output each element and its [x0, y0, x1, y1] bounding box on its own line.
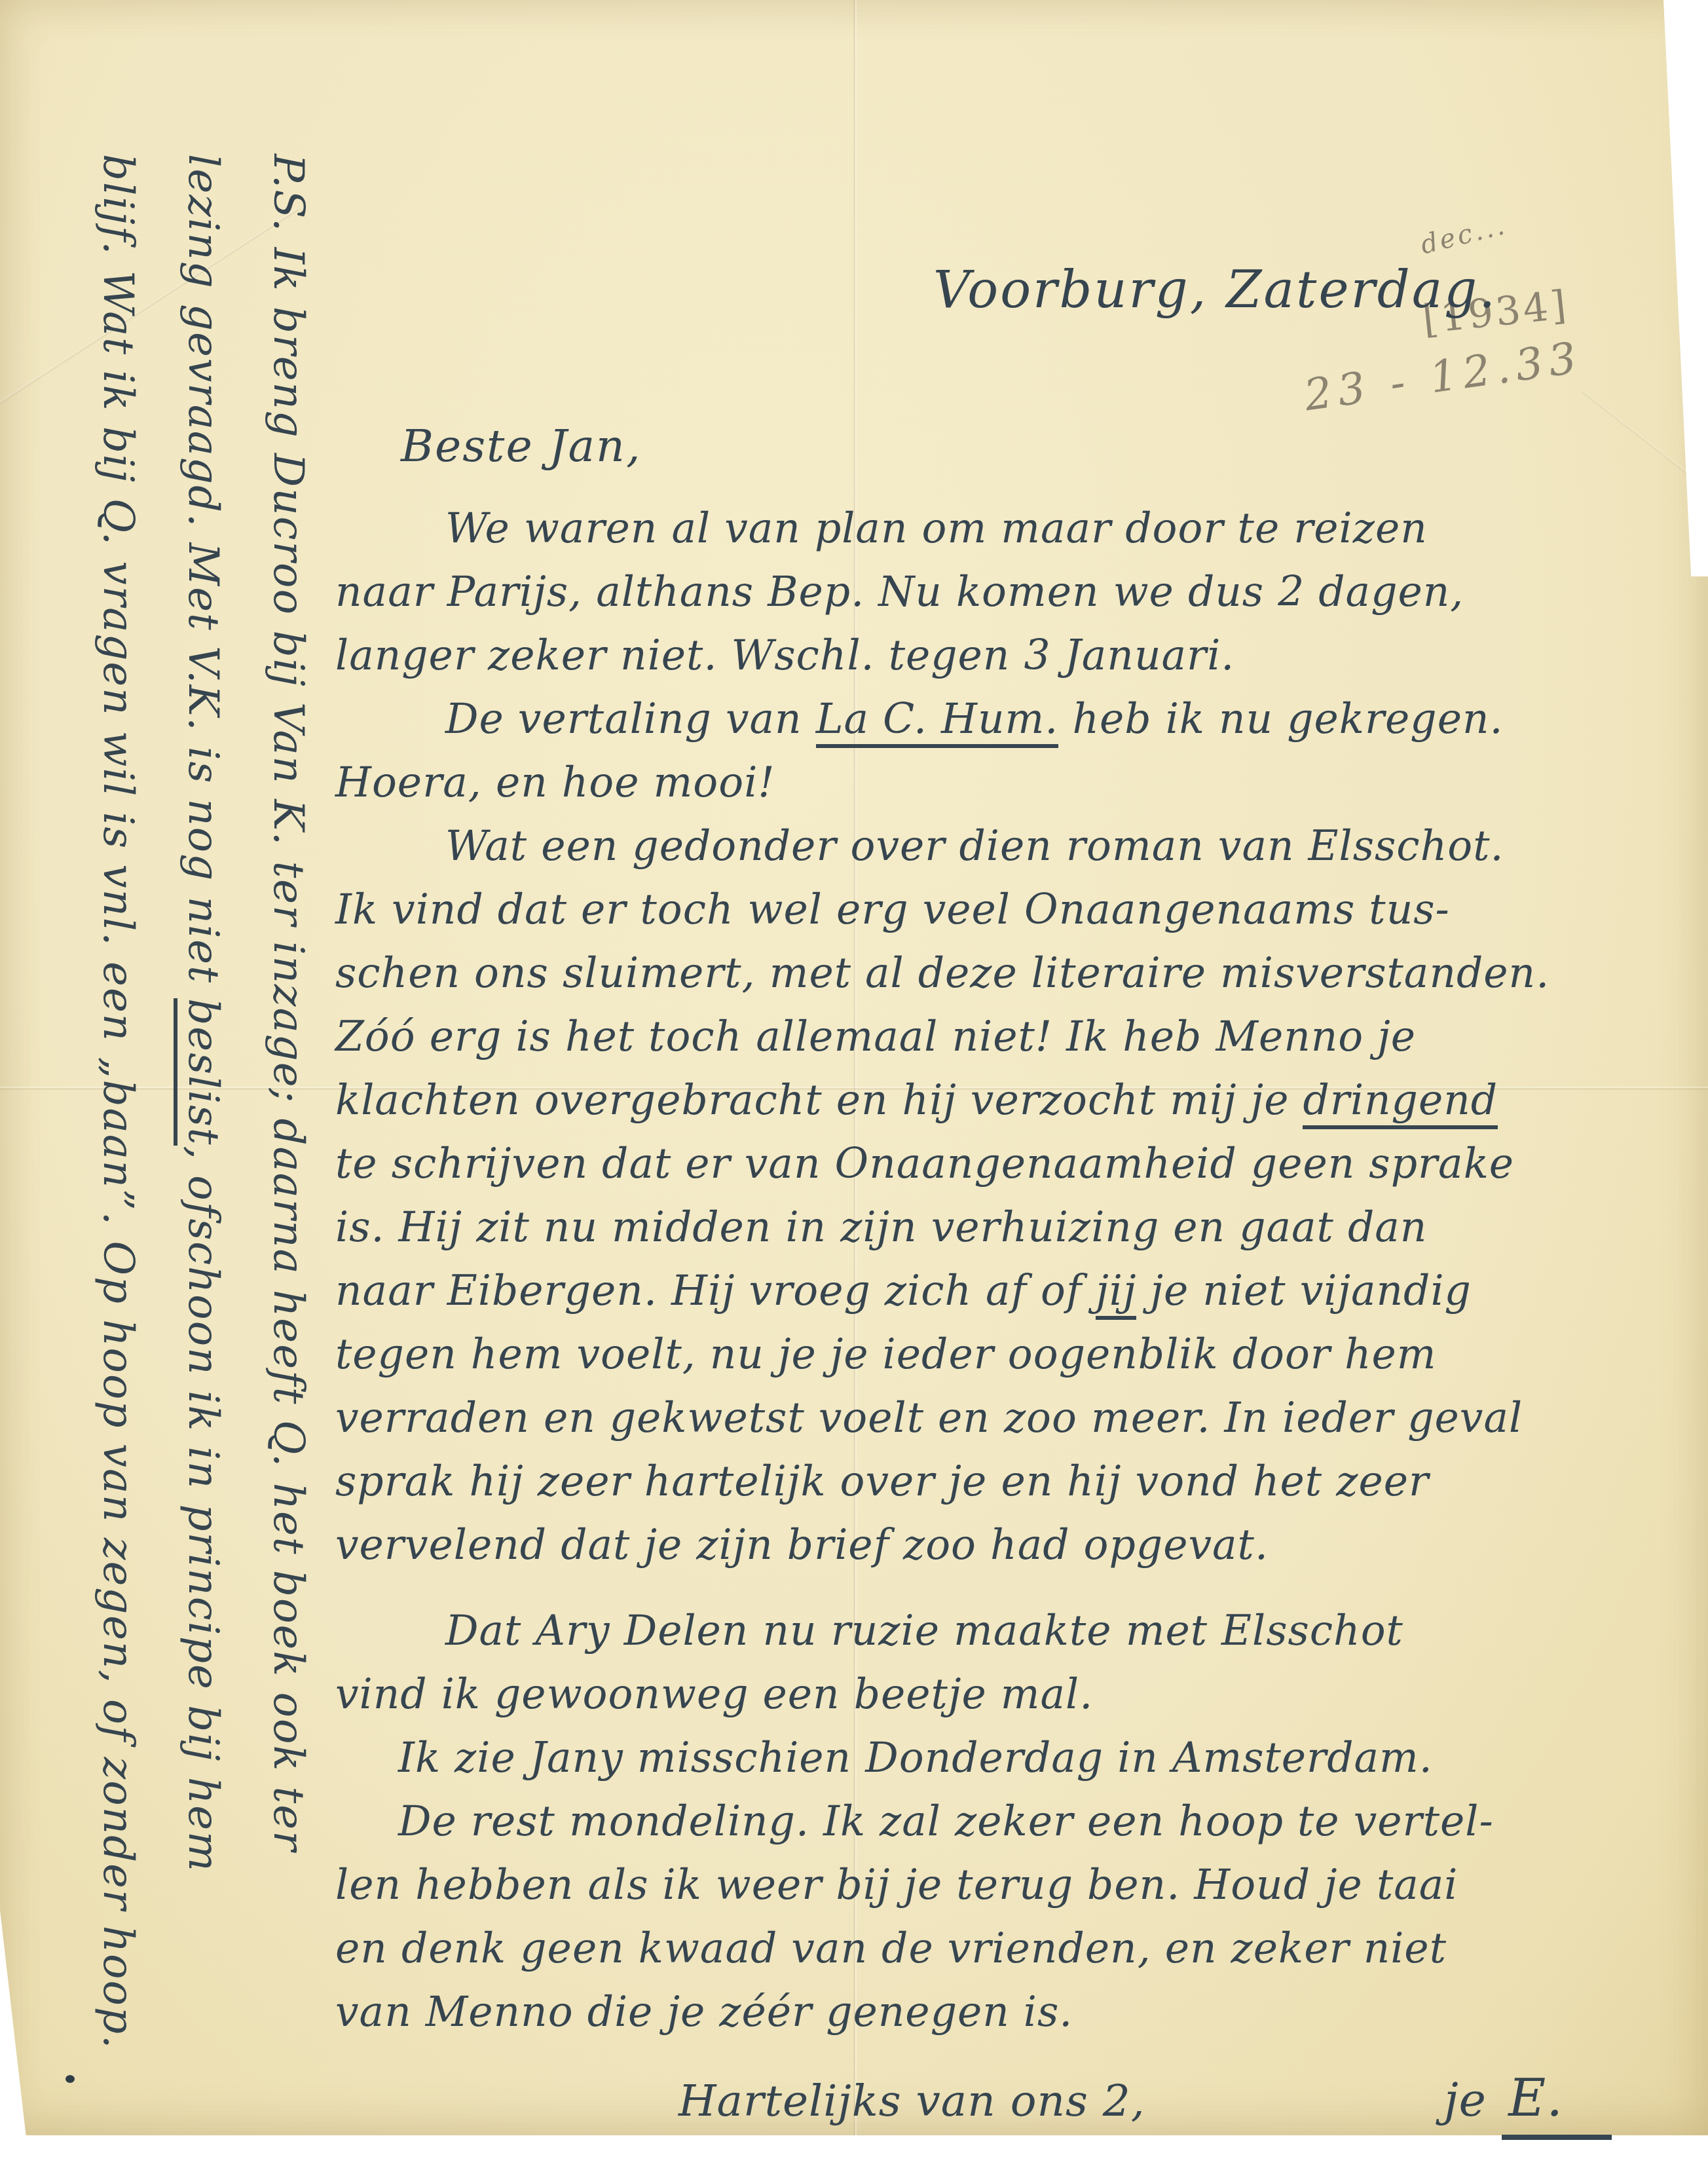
letter-line: verraden en gekwetst voelt en zoo meer. … [335, 1386, 1635, 1450]
letter-line: en denk geen kwaad van de vrienden, en z… [335, 1917, 1635, 1980]
letter-line: vind ik gewoonweg een beetje mal. [335, 1662, 1635, 1726]
pencil-month-annotation: dec... [1417, 210, 1510, 260]
line-text: is. Hij zit nu midden in zijn verhuizing… [335, 1203, 1427, 1251]
margin-postscript: P.S. Ik breng Ducroo bij Van K. ter inza… [75, 154, 331, 2125]
line-text: schen ons sluimert, met al deze literair… [335, 949, 1550, 997]
letter-line: De vertaling van La C. Hum. heb ik nu ge… [335, 687, 1635, 751]
letter-line: vervelend dat je zijn brief zoo had opge… [335, 1513, 1635, 1577]
letter-line: Ik zie Jany misschien Donderdag in Amste… [335, 1726, 1635, 1789]
line-text: P.S. Ik breng Ducroo bij Van K. ter inza… [264, 154, 312, 1852]
pencil-date-annotation: 23 - 12.33 [1301, 332, 1586, 421]
line-text: blijf. Wat ik bij Q. vragen wil is vnl. … [94, 154, 142, 2050]
letter-line: Dat Ary Delen nu ruzie maakte met Elssch… [335, 1599, 1635, 1662]
letter-line: langer zeker niet. Wschl. tegen 3 Januar… [335, 624, 1635, 687]
line-text: , ofschoon ik in principe bij hem [179, 1146, 227, 1872]
place-date-line: Voorburg, Zaterdag. [933, 261, 1497, 320]
line-text: De rest mondeling. Ik zal zeker een hoop… [398, 1797, 1494, 1845]
letter-line: tegen hem voelt, nu je je ieder oogenbli… [335, 1322, 1635, 1386]
salutation: Beste Jan, [401, 421, 642, 472]
letter-paper: dec... [1934] 23 - 12.33 Voorburg, Zater… [0, 0, 1708, 2135]
letter-line: len hebben als ik weer bij je terug ben.… [335, 1853, 1635, 1917]
line-text: van Menno die je zéér genegen is. [335, 1988, 1073, 2036]
line-text: en denk geen kwaad van de vrienden, en z… [335, 1924, 1447, 1972]
line-text: Ik zie Jany misschien Donderdag in Amste… [398, 1734, 1433, 1782]
postscript-line: blijf. Wat ik bij Q. vragen wil is vnl. … [75, 154, 160, 2125]
letter-line: Wat een gedonder over dien roman van Els… [335, 814, 1635, 878]
postscript-line: P.S. Ik breng Ducroo bij Van K. ter inza… [246, 154, 331, 2125]
letter-line: van Menno die je zéér genegen is. [335, 1980, 1635, 2044]
line-text: langer zeker niet. Wschl. tegen 3 Januar… [335, 631, 1235, 679]
line-text: Wat een gedonder over dien roman van Els… [445, 822, 1504, 870]
closing-line: Hartelijks van ons 2, je E. [335, 2067, 1635, 2133]
line-text: len hebben als ik weer bij je terug ben.… [335, 1861, 1458, 1909]
signature-prefix: je [1444, 2073, 1502, 2127]
letter-line: sprak hij zeer hartelijk over je en hij … [335, 1450, 1635, 1513]
line-text: tegen hem voelt, nu je je ieder oogenbli… [335, 1330, 1437, 1378]
underlined-text: beslist [174, 998, 227, 1146]
line-text: Ik vind dat er toch wel erg veel Onaange… [335, 886, 1450, 933]
line-text: Zóó erg is het toch allemaal niet! Ik he… [335, 1013, 1416, 1060]
signature-initial: E. [1502, 2069, 1612, 2140]
letter-line: schen ons sluimert, met al deze literair… [335, 941, 1635, 1005]
line-text: klachten overgebracht en hij verzocht mi… [335, 1076, 1303, 1124]
letter-line: naar Eibergen. Hij vroeg zich af of jij … [335, 1259, 1635, 1322]
signature: je E. [1444, 2067, 1612, 2132]
postscript-line: lezing gevraagd. Met V.K. is nog niet be… [160, 154, 246, 2125]
letter-line: is. Hij zit nu midden in zijn verhuizing… [335, 1195, 1635, 1259]
underlined-text: La C. Hum. [816, 695, 1059, 748]
line-text: te schrijven dat er van Onaangenaamheid … [335, 1140, 1514, 1188]
scanned-letter-page: dec... [1934] 23 - 12.33 Voorburg, Zater… [0, 0, 1708, 2172]
line-text: naar Parijs, althans Bep. Nu komen we du… [335, 568, 1464, 616]
letter-line: Hoera, en hoe mooi! [335, 751, 1635, 814]
letter-line: naar Parijs, althans Bep. Nu komen we du… [335, 560, 1635, 624]
underlined-text: dringend [1303, 1076, 1498, 1129]
letter-line: te schrijven dat er van Onaangenaamheid … [335, 1132, 1635, 1195]
line-text: sprak hij zeer hartelijk over je en hij … [335, 1457, 1429, 1505]
letter-body: We waren al van plan om maar door te rei… [335, 496, 1635, 2133]
line-text: Hoera, en hoe mooi! [335, 758, 775, 806]
letter-line: Zóó erg is het toch allemaal niet! Ik he… [335, 1005, 1635, 1068]
line-text: je niet vijandig [1136, 1267, 1471, 1315]
letter-line: klachten overgebracht en hij verzocht mi… [335, 1068, 1635, 1132]
line-text: vervelend dat je zijn brief zoo had opge… [335, 1521, 1269, 1569]
line-text: lezing gevraagd. Met V.K. is nog niet [179, 154, 227, 998]
line-text: heb ik nu gekregen. [1058, 695, 1503, 743]
line-text: De vertaling van [445, 695, 816, 743]
underlined-text: jij [1096, 1267, 1136, 1320]
line-text: Dat Ary Delen nu ruzie maakte met Elssch… [445, 1607, 1403, 1655]
line-text: verraden en gekwetst voelt en zoo meer. … [335, 1394, 1523, 1442]
closing-greeting: Hartelijks van ons 2, [678, 2069, 1145, 2133]
ink-dot [65, 2075, 75, 2083]
line-text: naar Eibergen. Hij vroeg zich af of [335, 1267, 1096, 1315]
letter-line: De rest mondeling. Ik zal zeker een hoop… [335, 1789, 1635, 1853]
line-text: We waren al van plan om maar door te rei… [445, 504, 1428, 552]
line-text: vind ik gewoonweg een beetje mal. [335, 1670, 1093, 1718]
letter-line: We waren al van plan om maar door te rei… [335, 496, 1635, 560]
letter-line: Ik vind dat er toch wel erg veel Onaange… [335, 878, 1635, 941]
